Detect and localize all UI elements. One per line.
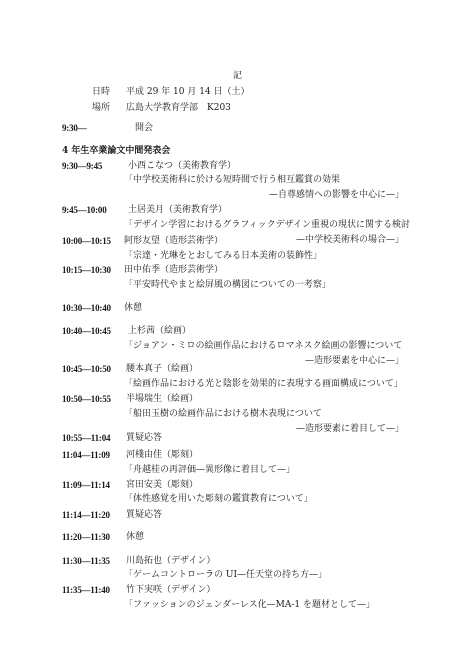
presenter-name: 田中佑季（造形芸術学） xyxy=(124,265,223,276)
opening-label: 開会 xyxy=(135,123,153,134)
schedule-time: 10:50—10:55 xyxy=(62,394,111,405)
schedule-time: 11:04—11:09 xyxy=(62,450,110,461)
presentation-title: 「絵画作品における光と陰影を効果的に表現する画面構成について」 xyxy=(124,379,403,390)
presenter-name: 阿形友望（造形芸術学） xyxy=(124,236,223,247)
schedule-time: 11:09—11:14 xyxy=(62,480,110,491)
presentation-title: 「ジョアン・ミロの絵画作品におけるロマネスク絵画の影響について xyxy=(124,341,402,352)
opening-time: 9:30— xyxy=(62,123,87,134)
schedule-time: 11:20—11:30 xyxy=(62,532,110,543)
section-title: 4 年生卒業論文中間発表会 xyxy=(62,146,170,157)
presenter-name: 上杉茜（絵画） xyxy=(128,326,191,337)
presentation-subtitle: —造形要素を中心に—」 xyxy=(305,356,404,367)
presentation-title: 「舟越桂の再評価—異形像に着目して—」 xyxy=(124,465,295,476)
presenter-name: 土居美月（美術教育学） xyxy=(128,205,227,216)
presentation-title: 「ファッションのジェンダーレス化—MA-1 を題材として—」 xyxy=(124,600,375,611)
presentation-title: 「平安時代やまと絵屏風の構図についての一考察」 xyxy=(124,280,331,291)
schedule-time: 10:15—10:30 xyxy=(62,265,111,276)
presentation-subtitle: —中学校美術科の場合—」 xyxy=(296,235,404,246)
place-label: 場所 xyxy=(92,103,110,114)
qa-label: 質疑応答 xyxy=(126,510,162,521)
place-value: 広島大学教育学部 K203 xyxy=(126,103,231,114)
schedule-time: 10:45—10:50 xyxy=(62,364,111,375)
presenter-name: 河棧由佳（彫刻） xyxy=(126,450,198,461)
break-label: 休憩 xyxy=(124,303,142,314)
schedule-time: 10:40—10:45 xyxy=(62,326,111,337)
presentation-title: 「体性感覚を用いた彫刻の鑑賞教育について」 xyxy=(124,494,313,505)
presenter-name: 小西こなつ（美術教育学） xyxy=(128,161,236,172)
presentation-title: 「ゲームコントローラの UI—任天堂の持ち方—」 xyxy=(124,570,327,581)
schedule-time: 11:35—11:40 xyxy=(62,585,110,596)
schedule-time: 11:30—11:35 xyxy=(62,556,110,567)
schedule-time: 10:30—10:40 xyxy=(62,303,111,314)
schedule-time: 9:45—10:00 xyxy=(62,205,107,216)
presenter-name: 腰本真子（絵画） xyxy=(126,364,198,375)
schedule-time: 10:55—11:04 xyxy=(62,433,110,444)
presentation-title: 「船田玉樹の絵画作品における樹木表現について xyxy=(124,409,322,420)
presenter-name: 半場瑞生（絵画） xyxy=(126,394,198,405)
ki-heading: 記 xyxy=(233,71,242,82)
presentation-title: 「宗達・光琳をとおしてみる日本美術の装飾性」 xyxy=(124,251,322,262)
date-value: 平成 29 年 10 月 14 日（土） xyxy=(126,87,250,98)
date-label: 日時 xyxy=(92,87,110,98)
presentation-title: 「中学校美術科に於ける短時間で行う相互鑑賞の効果 xyxy=(124,175,340,186)
qa-label: 質疑応答 xyxy=(126,433,162,444)
schedule-time: 9:30—9:45 xyxy=(62,161,102,172)
schedule-time: 11:14—11:20 xyxy=(62,510,110,521)
presenter-name: 川島拓也（デザイン） xyxy=(126,556,215,567)
break-label: 休憩 xyxy=(126,532,144,543)
presentation-title: 「デザイン学習におけるグラフィックデザイン重視の現状に関する検討 xyxy=(124,220,410,231)
schedule-time: 10:00—10:15 xyxy=(62,236,111,247)
presentation-subtitle: —自尊感情への影響を中心に—」 xyxy=(269,190,404,201)
presenter-name: 竹下実咲（デザイン） xyxy=(126,585,215,596)
presentation-subtitle: —造形要素に着目して—」 xyxy=(296,424,404,435)
presenter-name: 宮田安美（彫刻） xyxy=(126,480,198,491)
